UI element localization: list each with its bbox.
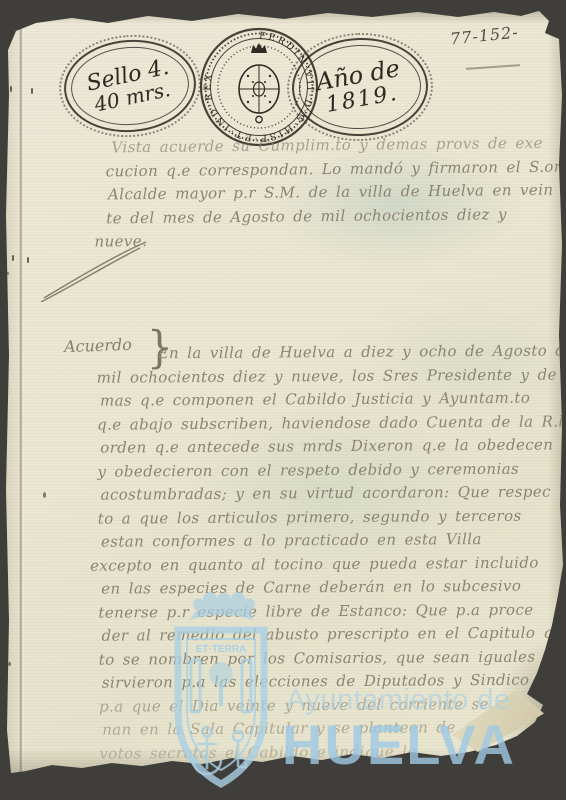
year-stamp: Año de 1819. [290, 36, 429, 139]
top-edge-shadow [0, 10, 566, 24]
handwriting-line: excepto en quanto al tocino que pueda es… [90, 553, 566, 580]
sello-line1: Sello 4. [85, 56, 171, 96]
paper-sheet: Sello 4. 40 mrs. FERDIN·VII·D·G·HISP·ET·… [0, 0, 566, 800]
ink-speck [6, 272, 9, 275]
document-scan: Sello 4. 40 mrs. FERDIN·VII·D·G·HISP·ET·… [0, 0, 566, 800]
handwriting-line: to se nombren por los Comisarios, que se… [99, 647, 566, 674]
handwriting-line: der al remedio del abusto prescripto en … [101, 623, 566, 650]
handwriting-line: Vista acuerde su Cumplim.to y demas prov… [111, 134, 561, 162]
ink-speck [8, 662, 11, 666]
anio-line2: 1819. [324, 82, 400, 117]
handwriting-line: tenerse p.r especie libre de Estanco: Qu… [98, 600, 566, 627]
crown-icon [251, 43, 267, 53]
handwriting-line: votos secretos el Cabildo e indique la [99, 741, 566, 768]
handwriting-line: En la villa de Huelva a diez y ocho de A… [100, 341, 566, 368]
folio-underline [466, 64, 520, 70]
folio-number: 77-152- [449, 22, 519, 48]
ink-speck [43, 492, 46, 498]
stitch-mark [12, 255, 14, 261]
handwriting-line: sirvieron p.a las elecciones de Diputado… [102, 670, 566, 697]
anio-line1: Año de [314, 56, 402, 95]
handwriting-line: to a que los articulos primero, segundo … [98, 506, 566, 533]
stitch-mark [27, 257, 29, 263]
handwriting-line: en las especies de Carne deberán en lo s… [101, 576, 566, 603]
handwriting-line: orden q.e antecede sus mrds Dixeron q.e … [100, 435, 566, 462]
stitch-mark [10, 86, 12, 92]
sello-line2: 40 mrs. [93, 79, 173, 116]
handwriting-line: y obedecieron con el respeto debido y ce… [97, 459, 566, 486]
handwriting-line: estan conformes a lo practicado en esta … [101, 529, 566, 556]
handwriting-line: acostumbradas; y en su virtud acordaron:… [101, 482, 566, 509]
fold-crease [19, 14, 24, 780]
handwriting-line: nueve. [94, 228, 562, 256]
handwriting-line: mas q.e componen el Cabildo Justicia y A… [100, 388, 566, 415]
body-paragraph: En la villa de Huelva a diez y ocho de A… [97, 341, 566, 767]
handwriting-line: mil ochocientos diez y nueve, los Sres P… [97, 365, 566, 392]
stitch-mark [31, 88, 33, 94]
rubric-flourish-icon [40, 236, 152, 302]
opening-paragraph: Vista acuerde su Cumplim.to y demas prov… [105, 134, 562, 256]
coat-of-arms-icon [239, 43, 279, 123]
handwriting-line: q.e abajo subscriben, haviendose dado Cu… [97, 412, 566, 439]
tax-stamp-sello: Sello 4. 40 mrs. [61, 36, 199, 137]
